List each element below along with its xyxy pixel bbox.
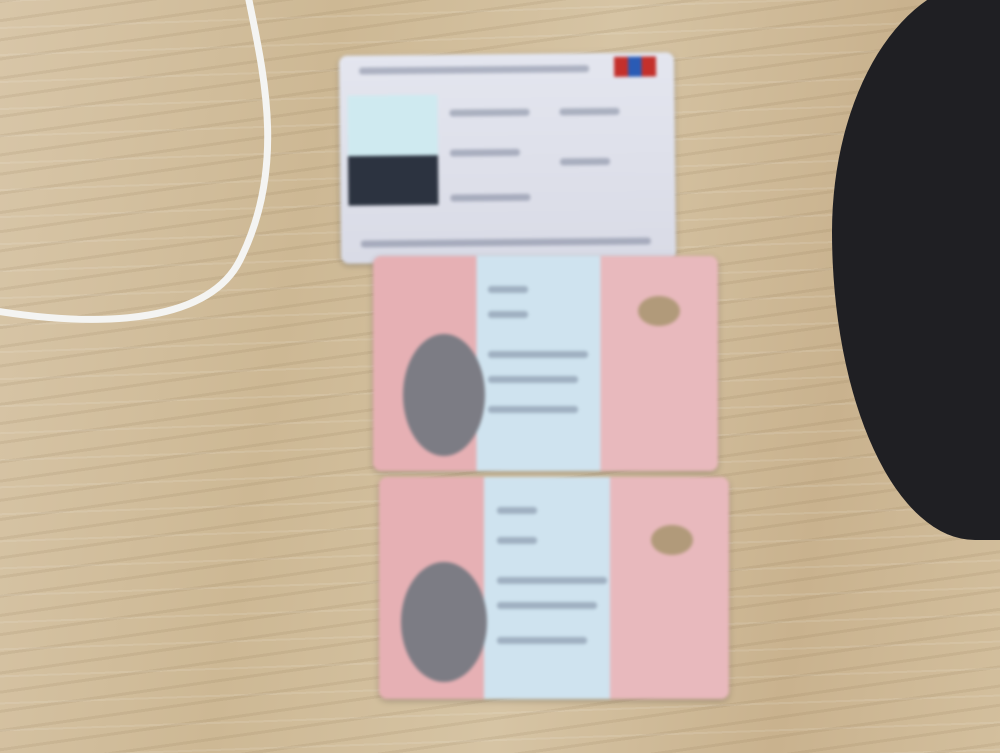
- id-card-1: [339, 52, 676, 263]
- blurred-photo: [403, 334, 485, 456]
- id-card-3: [379, 477, 729, 699]
- flag-mark: [614, 56, 656, 76]
- seal-mark: [651, 525, 693, 555]
- blurred-photo: [347, 95, 438, 206]
- id-card-2: [373, 256, 718, 471]
- seal-mark: [638, 296, 680, 326]
- blurred-photo: [401, 562, 487, 682]
- cable: [0, 0, 290, 360]
